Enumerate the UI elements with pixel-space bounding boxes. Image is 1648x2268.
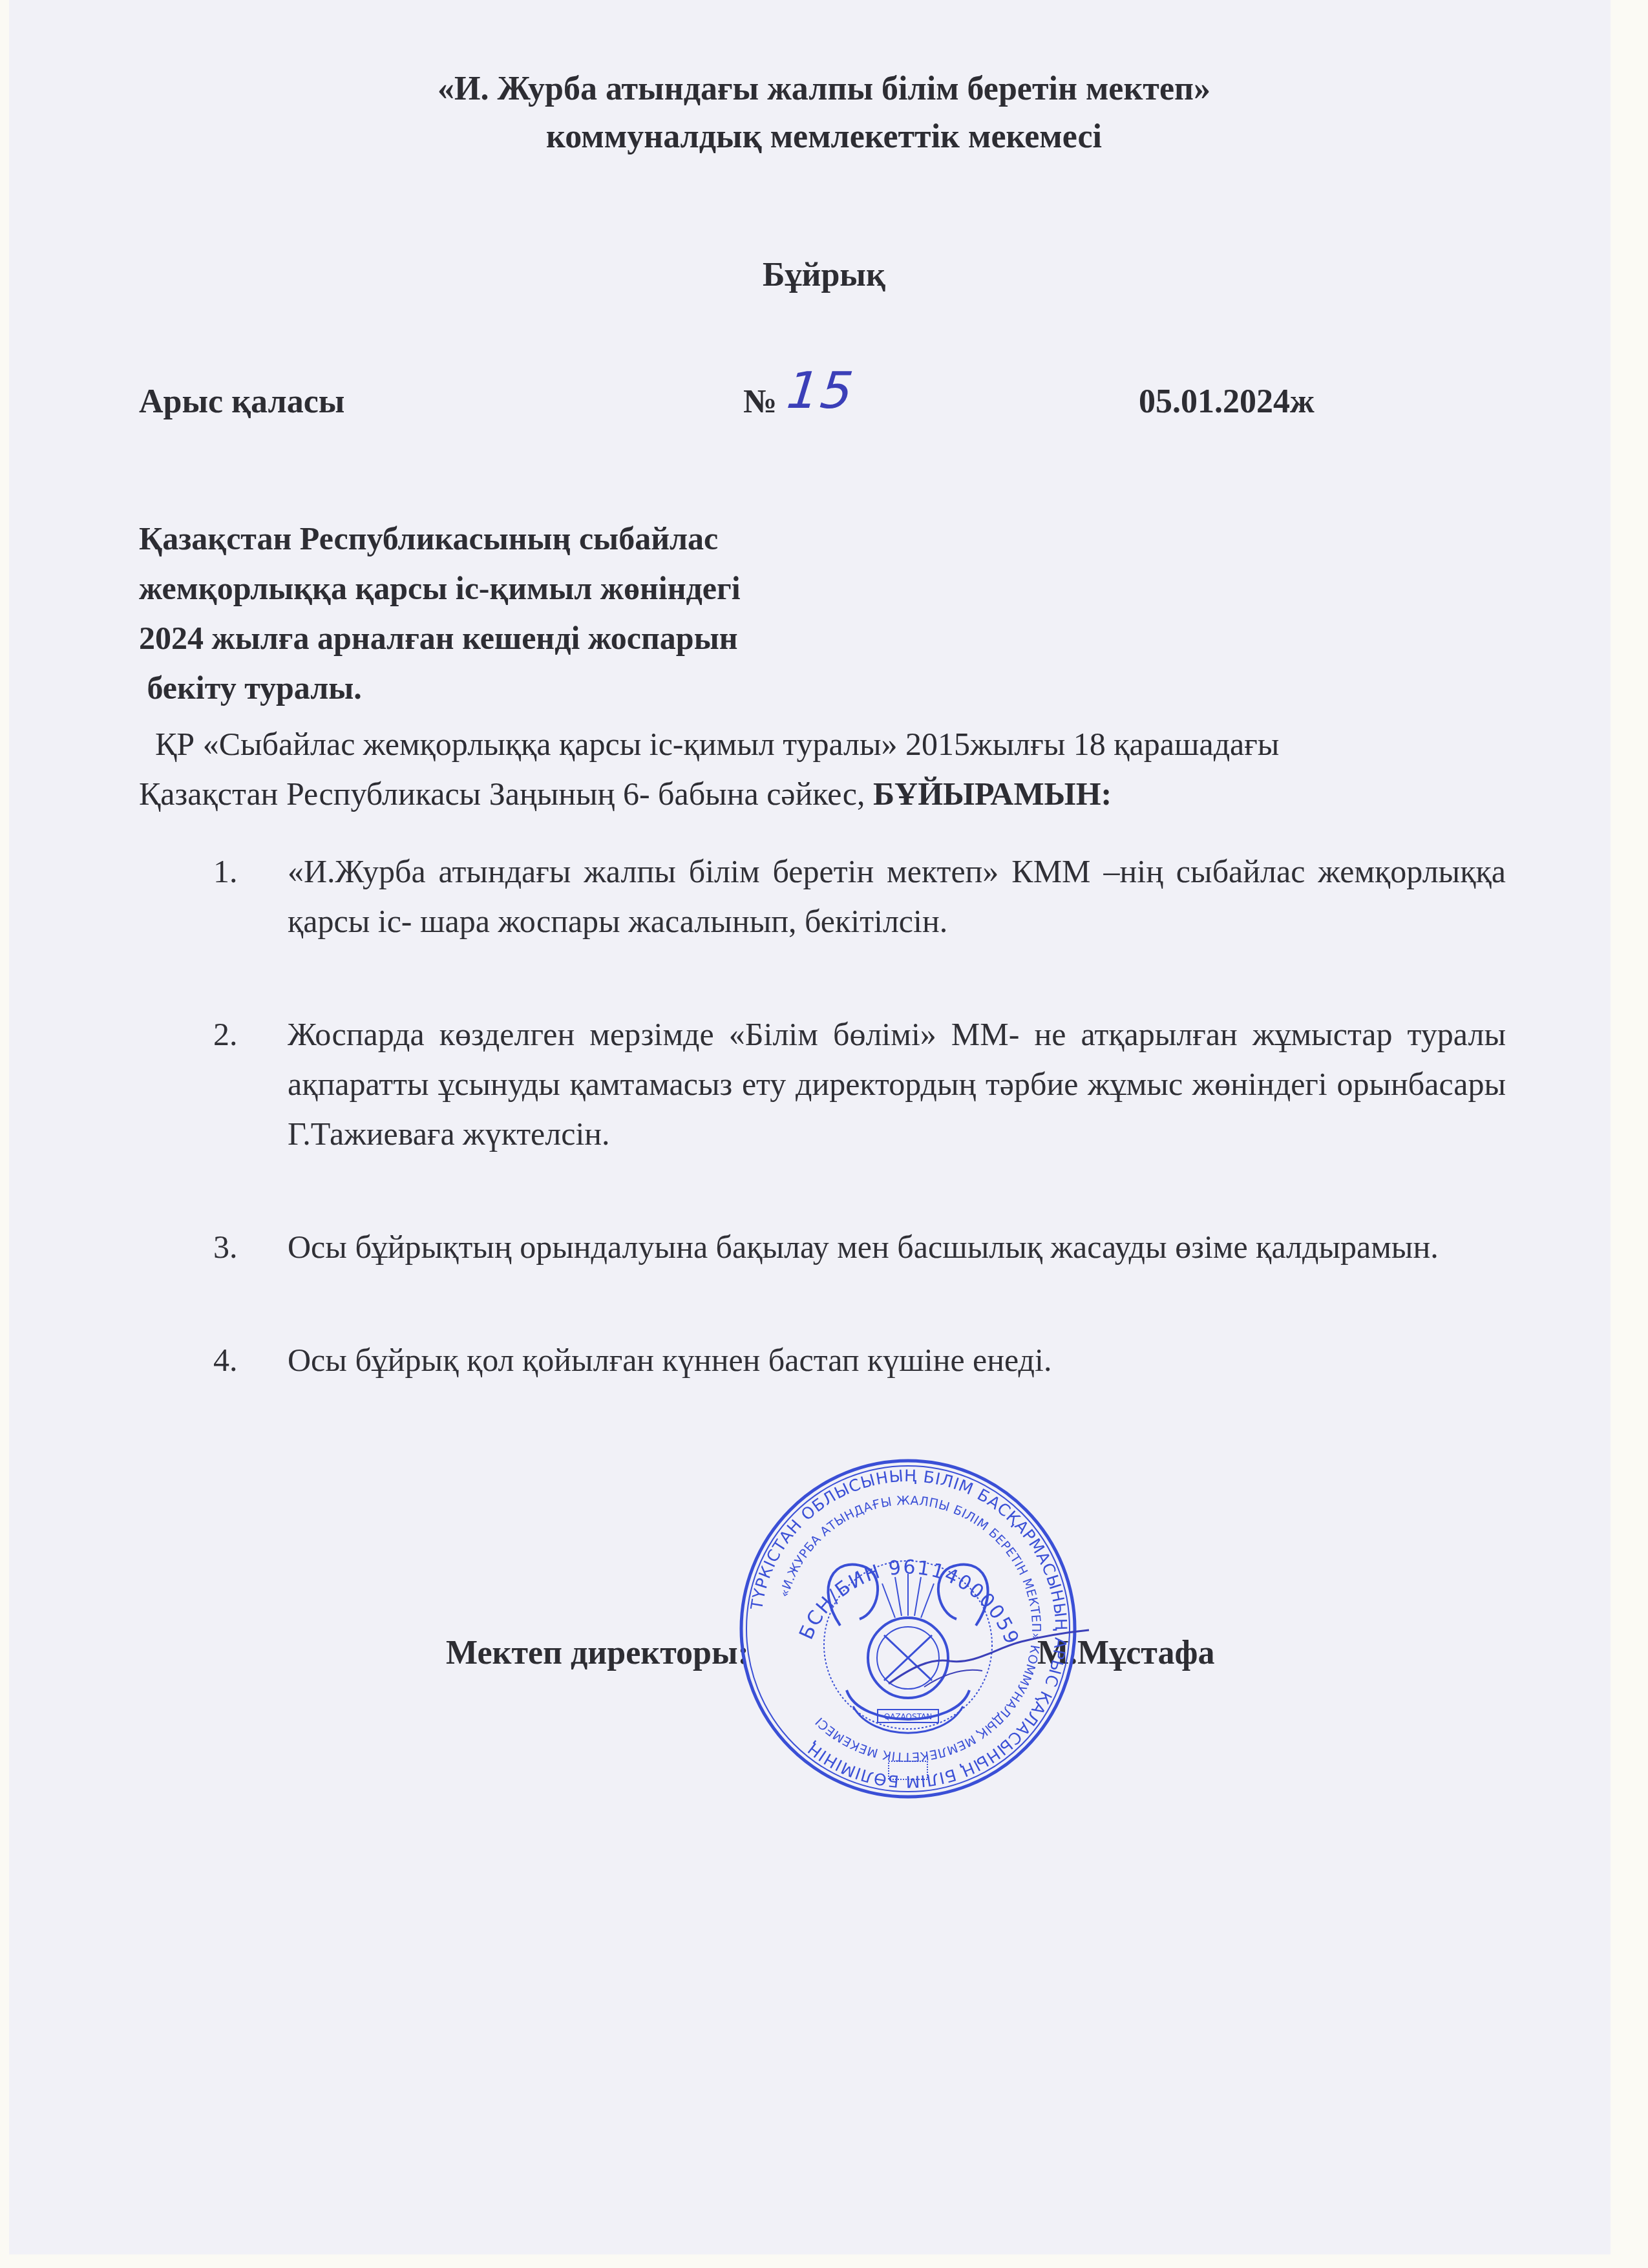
handwritten-signature — [885, 1622, 1092, 1693]
svg-text:QAZAQSTAN: QAZAQSTAN — [884, 1712, 933, 1721]
org-name-line-1: «И. Журба атындағы жалпы білім беретін м… — [0, 70, 1648, 108]
item-text: «И.Журба атындағы жалпы білім беретін ме… — [288, 853, 1506, 939]
order-items: 1. «И.Журба атындағы жалпы білім беретін… — [213, 847, 1506, 1385]
order-item: 2. Жоспарда көзделген мерзімде «Білім бө… — [213, 1010, 1506, 1159]
preamble-line-2-text: Қазақстан Республикасы Заңының 6- бабына… — [139, 776, 873, 812]
order-title: Бұйрық — [0, 256, 1648, 294]
preamble-line-2: Қазақстан Республикасы Заңының 6- бабына… — [139, 769, 1509, 819]
order-item: 4. Осы бұйрық қол қойылған күннен бастап… — [213, 1335, 1506, 1385]
item-number: 2. — [213, 1010, 238, 1059]
order-number-handwritten: 15 — [784, 362, 857, 420]
item-text: Жоспарда көзделген мерзімде «Білім бөлім… — [288, 1016, 1506, 1152]
order-number-label: № — [743, 383, 777, 421]
city: Арыс қаласы — [139, 383, 344, 421]
order-keyword: БҰЙЫРАМЫН: — [873, 776, 1112, 812]
item-text: Осы бұйрық қол қойылған күннен бастап кү… — [288, 1342, 1051, 1378]
subject-line: бекіту туралы. — [139, 663, 741, 713]
subject-line: 2024 жылға арналған кешенді жоспарын — [139, 613, 741, 663]
item-number: 4. — [213, 1335, 238, 1385]
org-name-line-2: коммуналдық мемлекеттік мекемесі — [0, 118, 1648, 156]
preamble: ҚР «Сыбайлас жемқорлыққа қарсы іс-қимыл … — [139, 719, 1509, 819]
item-number: 1. — [213, 847, 238, 896]
subject-line: Қазақстан Республикасының сыбайлас — [139, 514, 741, 564]
order-date: 05.01.2024ж — [1139, 383, 1315, 421]
signatory-title: Мектеп директоры: — [446, 1634, 749, 1672]
signature-stroke-icon — [885, 1622, 1092, 1693]
order-item: 1. «И.Журба атындағы жалпы білім беретін… — [213, 847, 1506, 946]
order-item: 3. Осы бұйрықтың орындалуына бақылау мен… — [213, 1222, 1506, 1272]
subject-line: жемқорлыққа қарсы іс-қимыл жөніндегі — [139, 564, 741, 613]
item-text: Осы бұйрықтың орындалуына бақылау мен ба… — [288, 1229, 1439, 1265]
item-number: 3. — [213, 1222, 238, 1272]
preamble-line-1: ҚР «Сыбайлас жемқорлыққа қарсы іс-қимыл … — [139, 719, 1509, 769]
order-subject: Қазақстан Республикасының сыбайлас жемқо… — [139, 514, 741, 713]
